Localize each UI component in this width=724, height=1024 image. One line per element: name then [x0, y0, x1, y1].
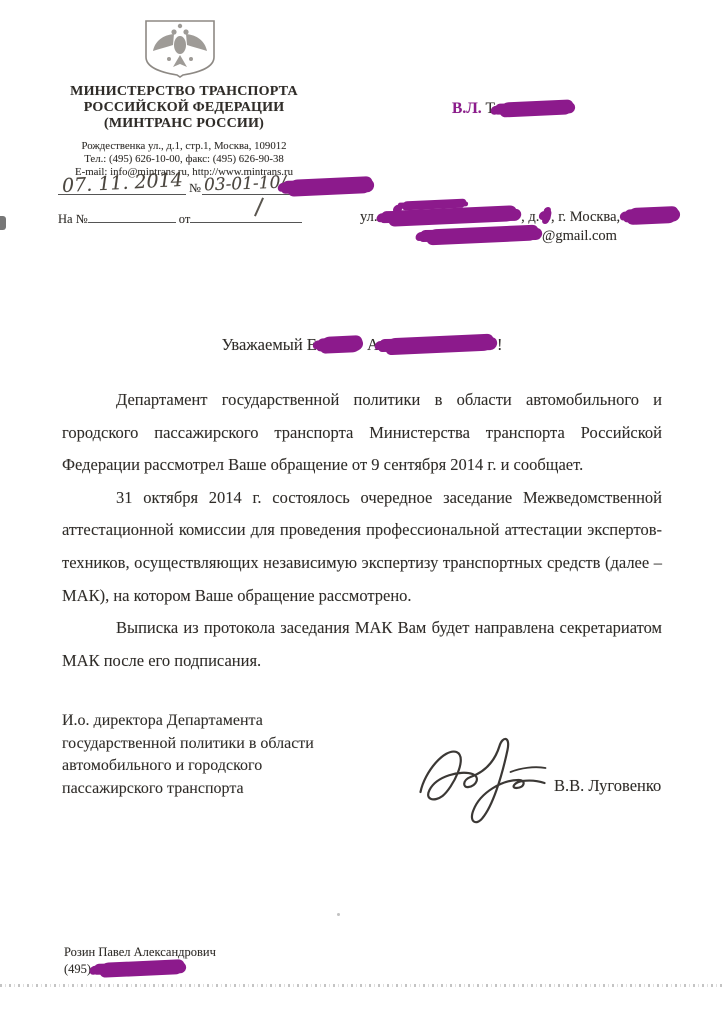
- redaction-mark: [281, 179, 376, 194]
- scanned-letter-page: МИНИСТЕРСТВО ТРАНСПОРТА РОССИЙСКОЙ ФЕДЕР…: [0, 0, 724, 1024]
- redaction-mark: [494, 102, 576, 114]
- salutation-line: Уважаемый Е А!: [0, 335, 724, 355]
- salutation-suffix: !: [497, 335, 503, 354]
- incoming-date-underline: [190, 210, 302, 223]
- scan-edge-artifact: [0, 216, 6, 230]
- ministry-phone-fax: Тел.: (495) 626-10-00, факс: (495) 626-9…: [56, 153, 312, 166]
- signatory-title: И.о. директора Департамента государствен…: [62, 710, 314, 800]
- signatory-title-line1: И.о. директора Департамента: [62, 710, 314, 733]
- ministry-postal-address: Рождественка ул., д.1, стр.1, Москва, 10…: [56, 140, 312, 153]
- salutation-part1: Уважаемый Е: [222, 335, 317, 354]
- ministry-name-line2: РОССИЙСКОЙ ФЕДЕРАЦИИ: [58, 100, 310, 116]
- body-paragraph-1: Департамент государственной политики в о…: [62, 384, 662, 482]
- handwritten-number: 03-01-10/: [204, 173, 287, 196]
- ministry-name-line3: (МИНТРАНС РОССИИ): [58, 116, 310, 132]
- signatory-name: В.В. Луговенко: [554, 776, 661, 796]
- street-label: ул.: [360, 209, 377, 225]
- phone-area-code: (495): [64, 962, 91, 976]
- signatory-title-line4: пассажирского транспорта: [62, 778, 314, 801]
- incoming-number-label: На №: [58, 212, 88, 226]
- number-sign-label: №: [189, 181, 201, 196]
- addressee-email: @gmail.com: [420, 228, 617, 245]
- incoming-from-label: от: [179, 212, 191, 226]
- email-domain: @gmail.com: [542, 228, 617, 244]
- redaction-mark: [93, 962, 187, 975]
- redaction-mark: [316, 338, 365, 352]
- ministry-name-line1: МИНИСТЕРСТВО ТРАНСПОРТА: [58, 84, 310, 100]
- scan-speck-artifact: [337, 913, 340, 916]
- scan-noise-line: [0, 984, 724, 987]
- incoming-number-underline: [88, 210, 176, 223]
- executor-name: Розин Павел Александрович: [64, 944, 216, 961]
- redaction-mark: [397, 201, 468, 207]
- executor-phone: (495): [64, 961, 216, 978]
- body-paragraph-2: 31 октября 2014 г. состоялось очередное …: [62, 482, 662, 612]
- redaction-mark: [419, 228, 544, 242]
- signatory-title-line3: автомобильного и городского: [62, 755, 314, 778]
- city-part: , г. Москва,: [551, 209, 620, 225]
- redaction-mark: [377, 337, 498, 352]
- executor-block: Розин Павел Александрович (495): [64, 944, 216, 978]
- handwritten-signature: [412, 728, 557, 828]
- redaction-mark: [380, 209, 523, 223]
- addressee-name: В.Л. Т: [452, 100, 575, 118]
- house-label: , д.: [521, 209, 539, 225]
- addressee-address: ул. , д. , г. Москва,: [360, 209, 670, 226]
- letter-body: Департамент государственной политики в о…: [62, 384, 662, 677]
- ministry-name: МИНИСТЕРСТВО ТРАНСПОРТА РОССИЙСКОЙ ФЕДЕР…: [58, 84, 310, 132]
- coat-of-arms-icon: [142, 19, 218, 79]
- incoming-reference-line: На № от: [58, 210, 302, 227]
- redaction-mark: [622, 209, 681, 223]
- signatory-title-line2: государственной политики в области: [62, 733, 314, 756]
- addressee-initials: В.Л.: [452, 100, 482, 117]
- body-paragraph-3: Выписка из протокола заседания МАК Вам б…: [62, 612, 662, 677]
